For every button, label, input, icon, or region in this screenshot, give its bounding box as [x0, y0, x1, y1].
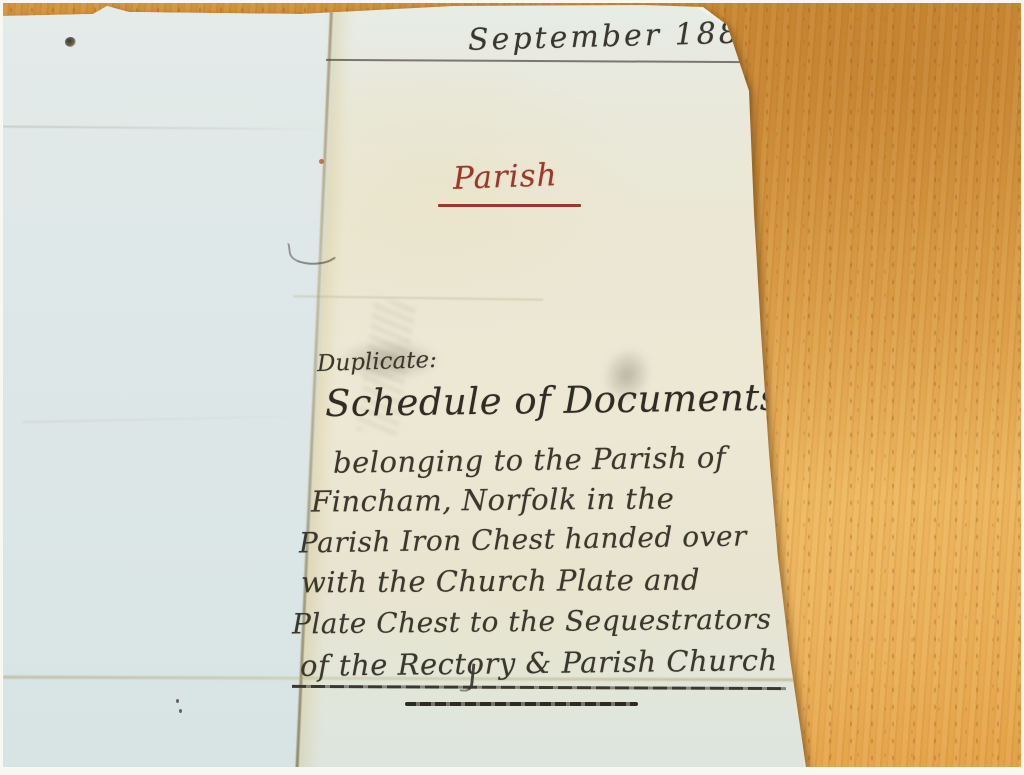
ink-speck — [176, 699, 179, 703]
body-line: with the Church Plate and — [301, 563, 700, 600]
date-heading: September 1886 — [468, 15, 764, 58]
document-paper-shadow: September 1886 Parish Duplicate: Schedul… — [3, 3, 1021, 767]
unfolded-back-sheet — [3, 3, 339, 767]
rust-speck — [319, 159, 324, 164]
photo-frame: September 1886 Parish Duplicate: Schedul… — [3, 3, 1021, 767]
footer-rule-short — [405, 702, 638, 706]
body-line: Fincham, Norfolk in the — [311, 481, 675, 518]
header-rule-line — [326, 59, 748, 63]
duplicate-annotation: Duplicate: — [317, 347, 438, 377]
body-line: of the Rectory & Parish Church — [300, 643, 778, 683]
photo-of-document: September 1886 Parish Duplicate: Schedul… — [0, 0, 1024, 775]
ink-blot — [65, 37, 76, 47]
schedule-title: Schedule of Documents — [325, 376, 780, 425]
ink-speck — [179, 709, 182, 713]
body-line: belonging to the Parish of — [333, 440, 727, 479]
parish-underline — [438, 204, 581, 207]
body-line: Plate Chest to the Sequestrators — [292, 602, 772, 640]
parish-heading: Parish — [452, 157, 558, 197]
body-line: Parish Iron Chest handed over — [299, 519, 747, 559]
footer-rule-long — [292, 685, 786, 690]
document-paper: September 1886 Parish Duplicate: Schedul… — [3, 3, 815, 767]
